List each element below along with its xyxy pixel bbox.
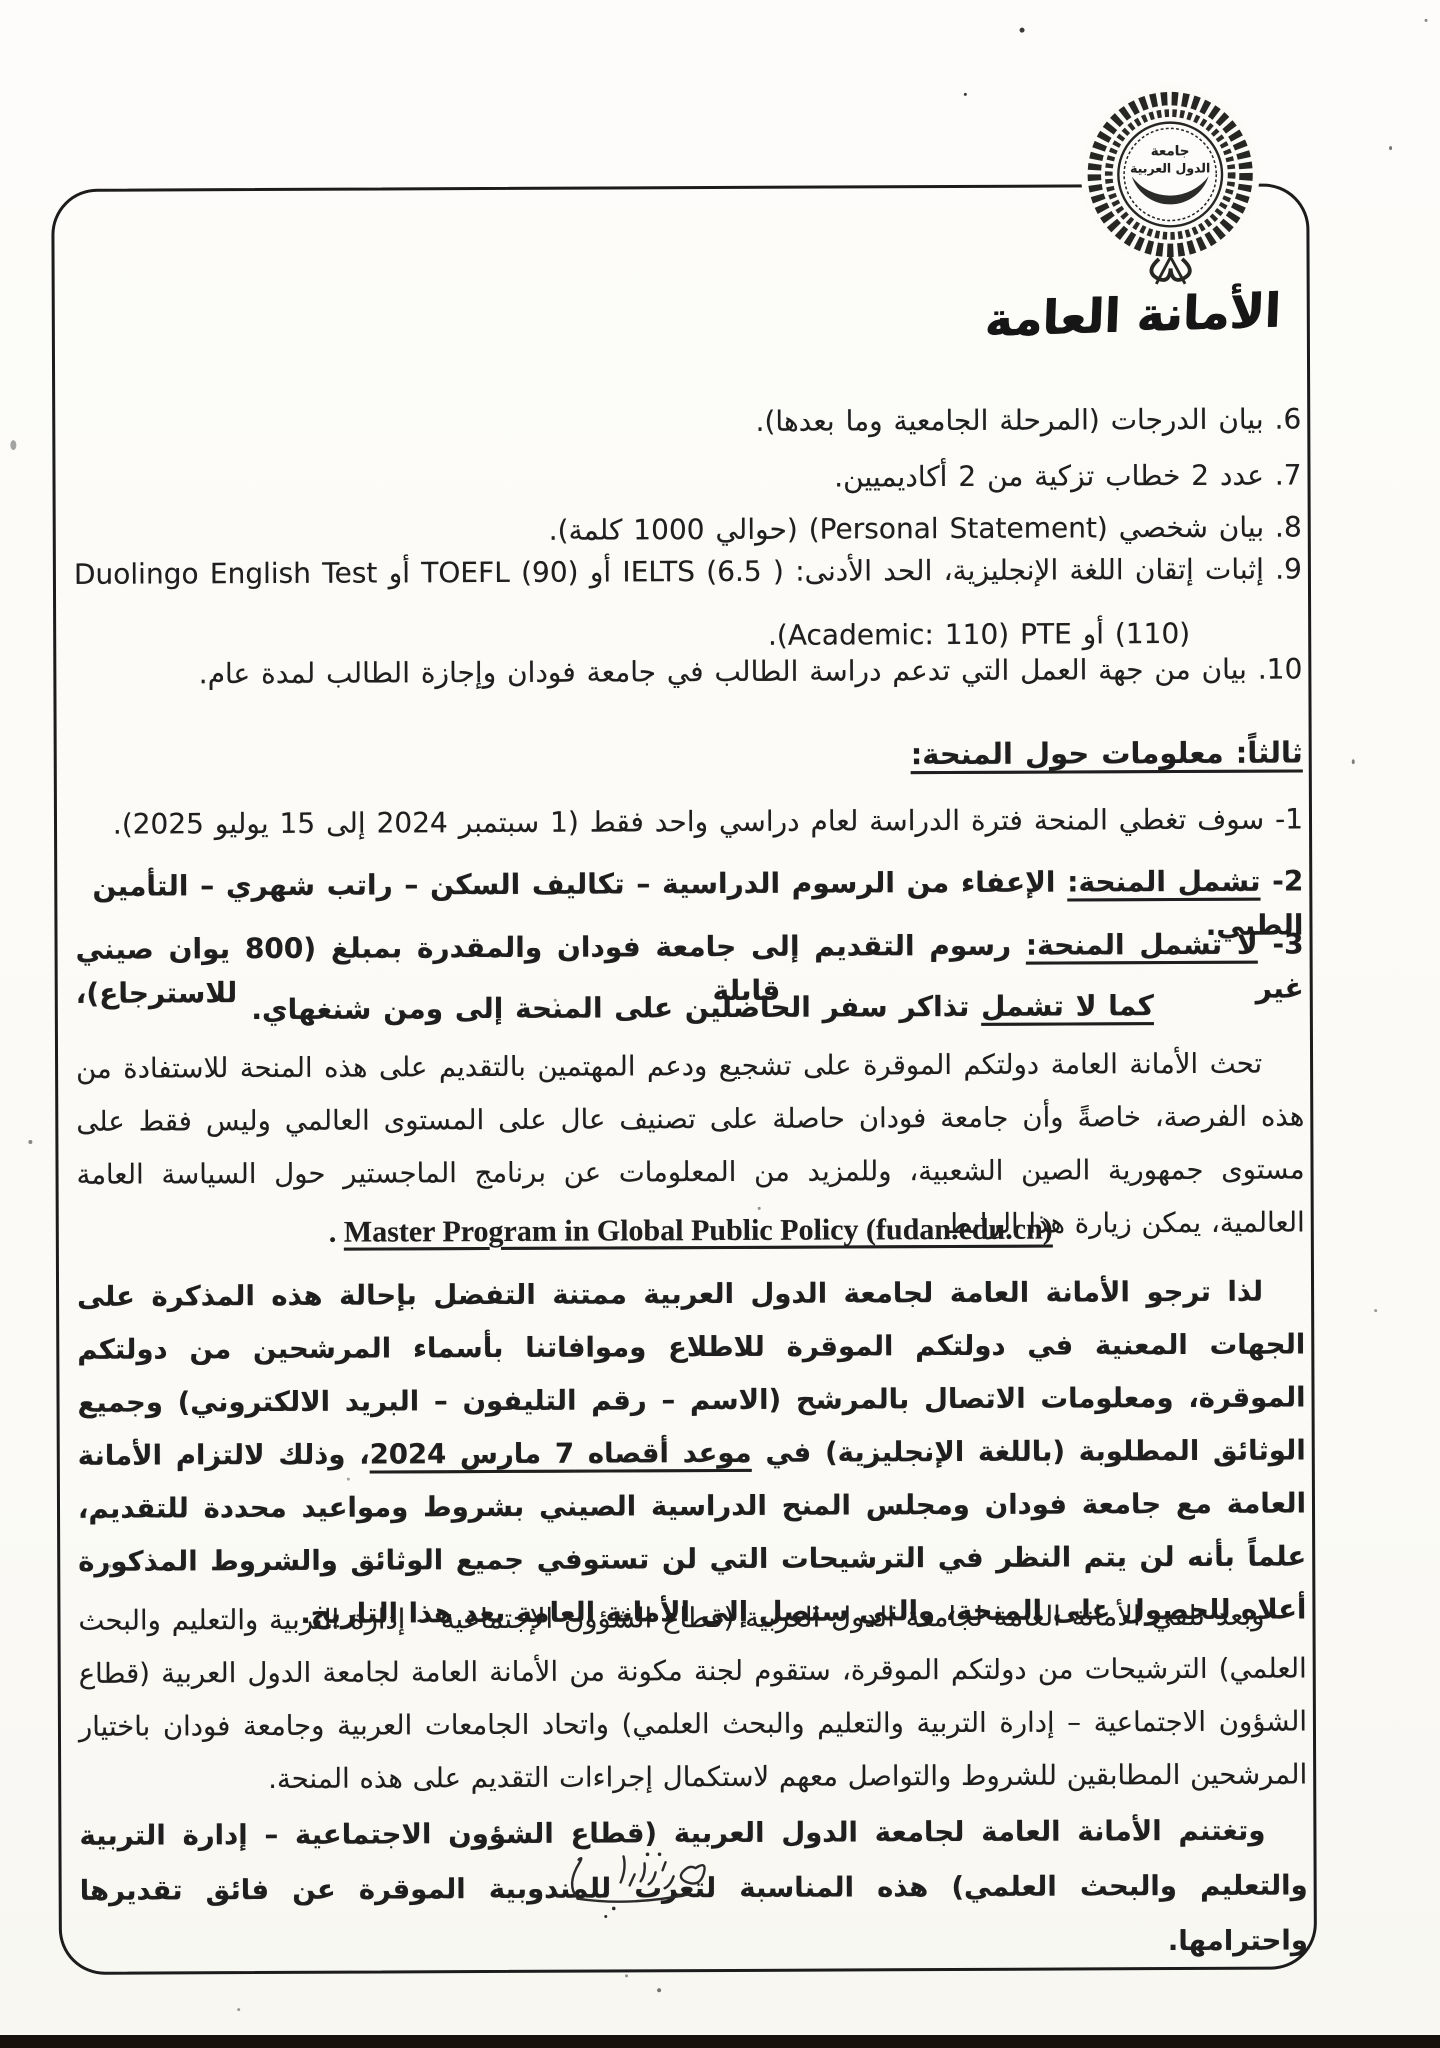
org-title-calligraphy: الأمانة العامة [972, 283, 1294, 348]
speck [554, 999, 557, 1002]
requirement-item-9: 9. إثبات إتقان اللغة الإنجليزية، الحد ال… [74, 547, 1302, 596]
speck [625, 1974, 628, 1977]
pte-label: PTE [1020, 617, 1072, 650]
item3-number: 3- [1258, 927, 1304, 960]
scan-specks [0, 0, 1436, 3]
speck [347, 1478, 350, 1481]
item3-line2-emphasis: كما لا تشمل [981, 989, 1154, 1023]
arab-league-emblem-icon: جامعة الدول العربية [1074, 82, 1267, 289]
pte-period: . [768, 619, 777, 652]
requirement-item-6: 6. بيان الدرجات (المرحلة الجامعية وما بع… [73, 397, 1301, 446]
letter-sheet: جامعة الدول العربية الأمانة العامة 6. بي… [0, 0, 1440, 2048]
program-link-line: Master Program in Global Public Policy (… [77, 1211, 1305, 1250]
emblem-text-line2: الدول العربية [1130, 160, 1210, 175]
link-trailing-period: . [329, 1216, 337, 1249]
handwritten-initials-signature [549, 1842, 709, 1929]
speck [1389, 146, 1392, 150]
item3-line2-text: تذاكر سفر الحاصلين على المنحة إلى ومن شن… [251, 990, 981, 1026]
scanned-letter-page: { "page": { "paper_color": "#fcfbf8", "i… [0, 0, 1440, 2048]
deadline-emphasis: موعد أقصاه 7 مارس 2024 [370, 1437, 752, 1471]
speck [1374, 1309, 1377, 1312]
paragraph-request: لذا ترجو الأمانة العامة لجامعة الدول الع… [77, 1265, 1307, 1641]
letter-body: 6. بيان الدرجات (المرحلة الجامعية وما بع… [71, 0, 1299, 3]
scanner-edge-band [0, 2035, 1440, 2048]
section-heading-scholarship-info: ثالثاً: معلومات حول المنحة: [75, 730, 1303, 779]
speck [1352, 759, 1355, 764]
item3-label: لا تشمل المنحة: [1026, 928, 1258, 962]
scholarship-item-1: 1- سوف تغطي المنحة فترة الدراسة لعام درا… [75, 797, 1303, 846]
item2-number: 2- [1260, 864, 1303, 897]
scholarship-item-3-continued: كما لا تشمل تذاكر سفر الحاصلين على المنح… [76, 983, 1304, 1032]
speck [28, 1140, 32, 1144]
speck [10, 440, 16, 450]
speck [1020, 28, 1025, 33]
speck [657, 1988, 661, 1992]
requirement-item-10: 10. بيان من جهة العمل التي تدعم دراسة ال… [74, 647, 1302, 696]
paragraph-committee: وبعد تلقي الأمانة العامة لجامعة الدول ال… [78, 1589, 1307, 1806]
speck [964, 93, 967, 96]
speck [108, 1565, 111, 1568]
program-link: Master Program in Global Public Policy (… [344, 1213, 1053, 1249]
speck [1425, 19, 1428, 22]
pte-score: (Academic: 110) [777, 618, 1009, 652]
item2-label: تشمل المنحة: [1067, 865, 1260, 899]
requirement-item-7: 7. عدد 2 خطاب تزكية من 2 أكاديميين. [73, 453, 1301, 502]
pte-segment-arabic: (110) أو [1083, 617, 1191, 650]
speck [758, 1207, 761, 1210]
emblem-text-line1: جامعة [1151, 144, 1190, 159]
speck [237, 2008, 240, 2011]
